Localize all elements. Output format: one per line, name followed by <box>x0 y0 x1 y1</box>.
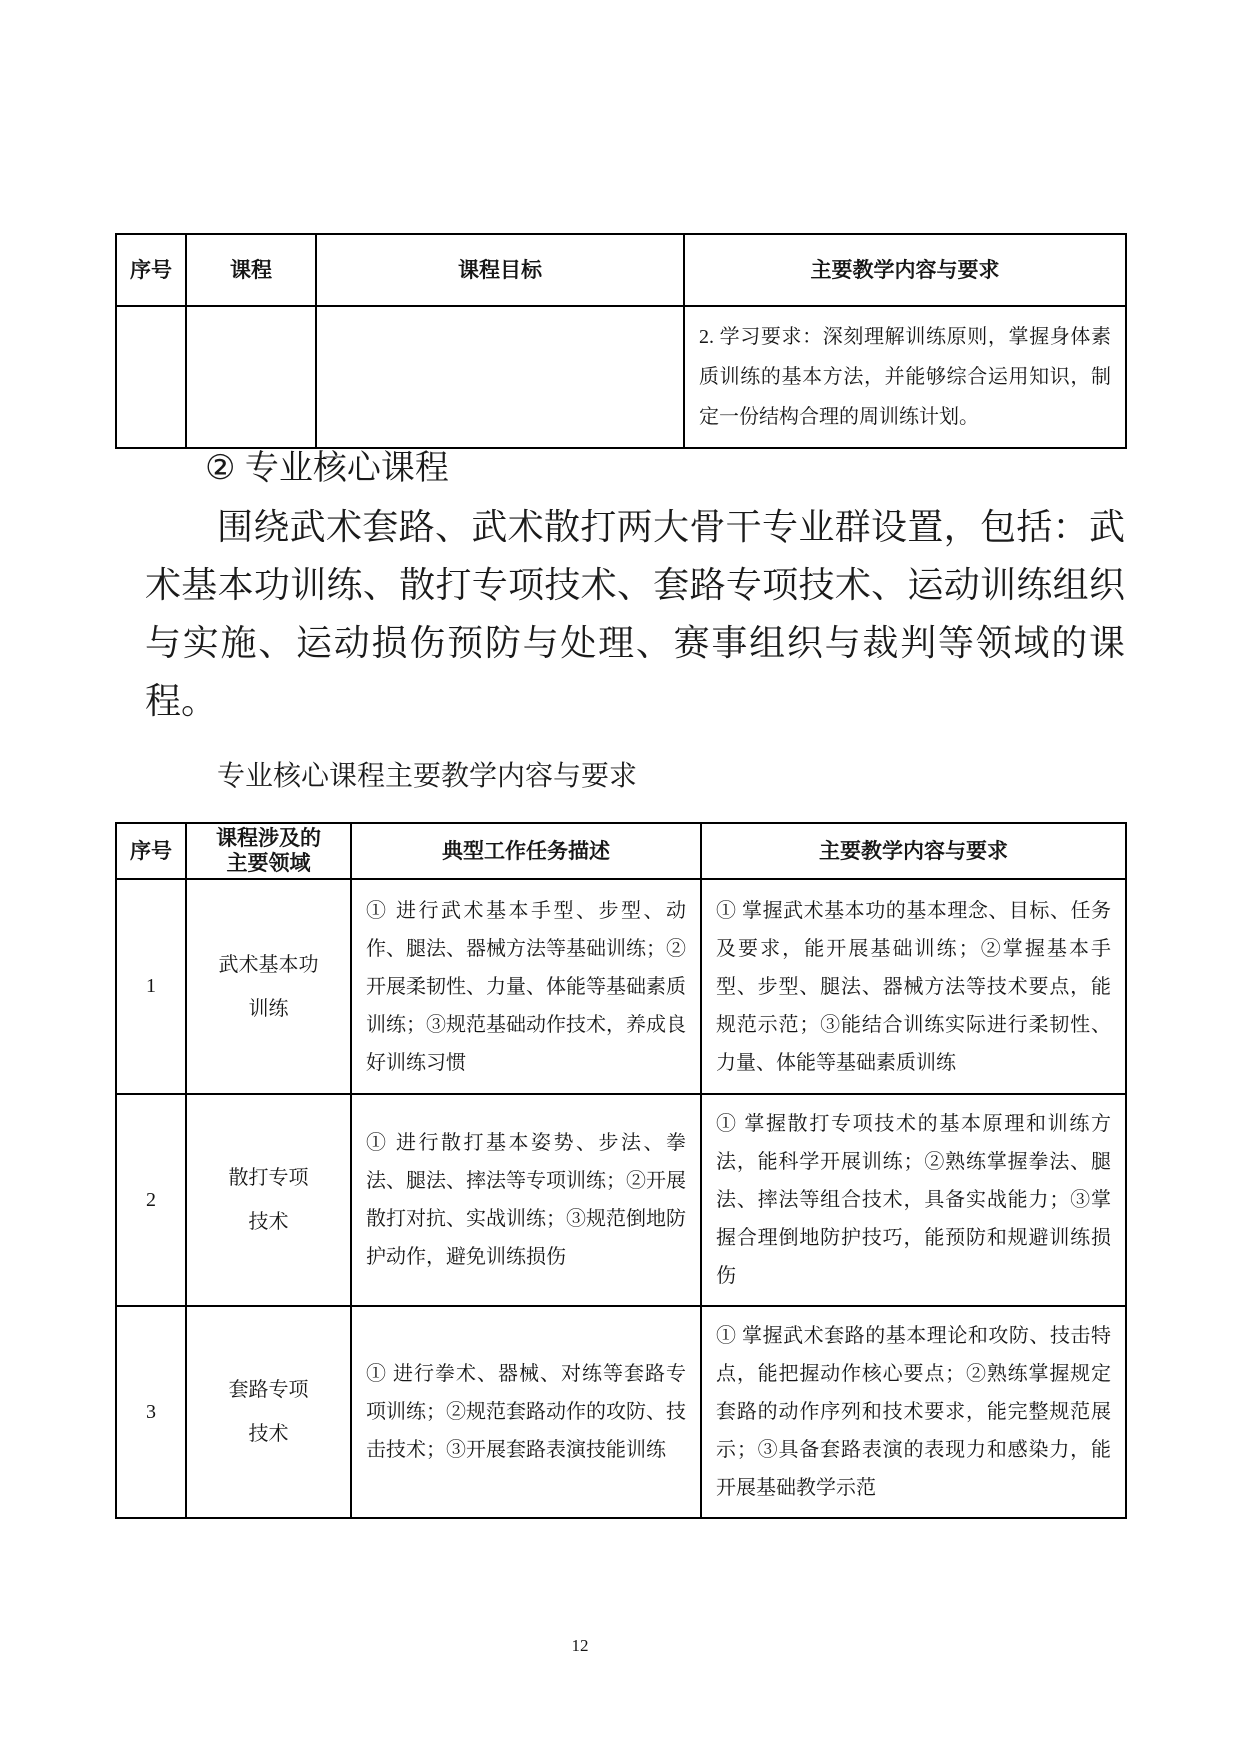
cell-course <box>186 306 316 448</box>
cell-domain: 武术基本功 训练 <box>186 879 351 1094</box>
cell-seq: 3 <box>116 1306 186 1518</box>
header-requirements: 主要教学内容与要求 <box>701 823 1126 879</box>
section-heading: ② 专业核心课程 <box>145 448 1125 488</box>
header-seq: 序号 <box>116 234 186 306</box>
cell-seq: 2 <box>116 1094 186 1306</box>
header-tasks: 典型工作任务描述 <box>351 823 701 879</box>
course-table-continuation: 序号 课程 课程目标 主要教学内容与要求 2. 学习要求：深刻理解训练原则，掌握… <box>115 233 1127 449</box>
document-page: 序号 课程 课程目标 主要教学内容与要求 2. 学习要求：深刻理解训练原则，掌握… <box>0 0 1240 1754</box>
cell-seq <box>116 306 186 448</box>
cell-content: 2. 学习要求：深刻理解训练原则，掌握身体素质训练的基本方法，并能够综合运用知识… <box>684 306 1126 448</box>
cell-requirements: ① 掌握武术基本功的基本理念、目标、任务及要求，能开展基础训练；②掌握基本手型、… <box>701 879 1126 1094</box>
header-course: 课程 <box>186 234 316 306</box>
table-subtitle: 专业核心课程主要教学内容与要求 <box>145 756 1125 796</box>
cell-tasks: ① 进行武术基本手型、步型、动作、腿法、器械方法等基础训练；②开展柔韧性、力量、… <box>351 879 701 1094</box>
header-domain: 课程涉及的 主要领域 <box>186 823 351 879</box>
cell-seq: 1 <box>116 879 186 1094</box>
header-content: 主要教学内容与要求 <box>684 234 1126 306</box>
cell-domain: 散打专项 技术 <box>186 1094 351 1306</box>
cell-requirements: ① 掌握武术套路的基本理论和攻防、技击特点，能把握动作核心要点；②熟练掌握规定套… <box>701 1306 1126 1518</box>
header-objective: 课程目标 <box>316 234 684 306</box>
cell-domain: 套路专项 技术 <box>186 1306 351 1518</box>
table-row: 2 散打专项 技术 ① 进行散打基本姿势、步法、拳法、腿法、摔法等专项训练；②开… <box>116 1094 1126 1306</box>
cell-objective <box>316 306 684 448</box>
body-paragraph: 围绕武术套路、武术散打两大骨干专业群设置，包括：武术基本功训练、散打专项技术、套… <box>145 498 1125 730</box>
table-header-row: 序号 课程涉及的 主要领域 典型工作任务描述 主要教学内容与要求 <box>116 823 1126 879</box>
table-header-row: 序号 课程 课程目标 主要教学内容与要求 <box>116 234 1126 306</box>
cell-requirements: ① 掌握散打专项技术的基本原理和训练方法，能科学开展训练；②熟练掌握拳法、腿法、… <box>701 1094 1126 1306</box>
table-row: 1 武术基本功 训练 ① 进行武术基本手型、步型、动作、腿法、器械方法等基础训练… <box>116 879 1126 1094</box>
header-seq: 序号 <box>116 823 186 879</box>
core-course-table: 序号 课程涉及的 主要领域 典型工作任务描述 主要教学内容与要求 1 武术基本功… <box>115 822 1127 1519</box>
cell-tasks: ① 进行拳术、器械、对练等套路专项训练；②规范套路动作的攻防、技击技术；③开展套… <box>351 1306 701 1518</box>
table-row: 2. 学习要求：深刻理解训练原则，掌握身体素质训练的基本方法，并能够综合运用知识… <box>116 306 1126 448</box>
cell-tasks: ① 进行散打基本姿势、步法、拳法、腿法、摔法等专项训练；②开展散打对抗、实战训练… <box>351 1094 701 1306</box>
table-row: 3 套路专项 技术 ① 进行拳术、器械、对练等套路专项训练；②规范套路动作的攻防… <box>116 1306 1126 1518</box>
page-number: 12 <box>0 1636 1160 1656</box>
